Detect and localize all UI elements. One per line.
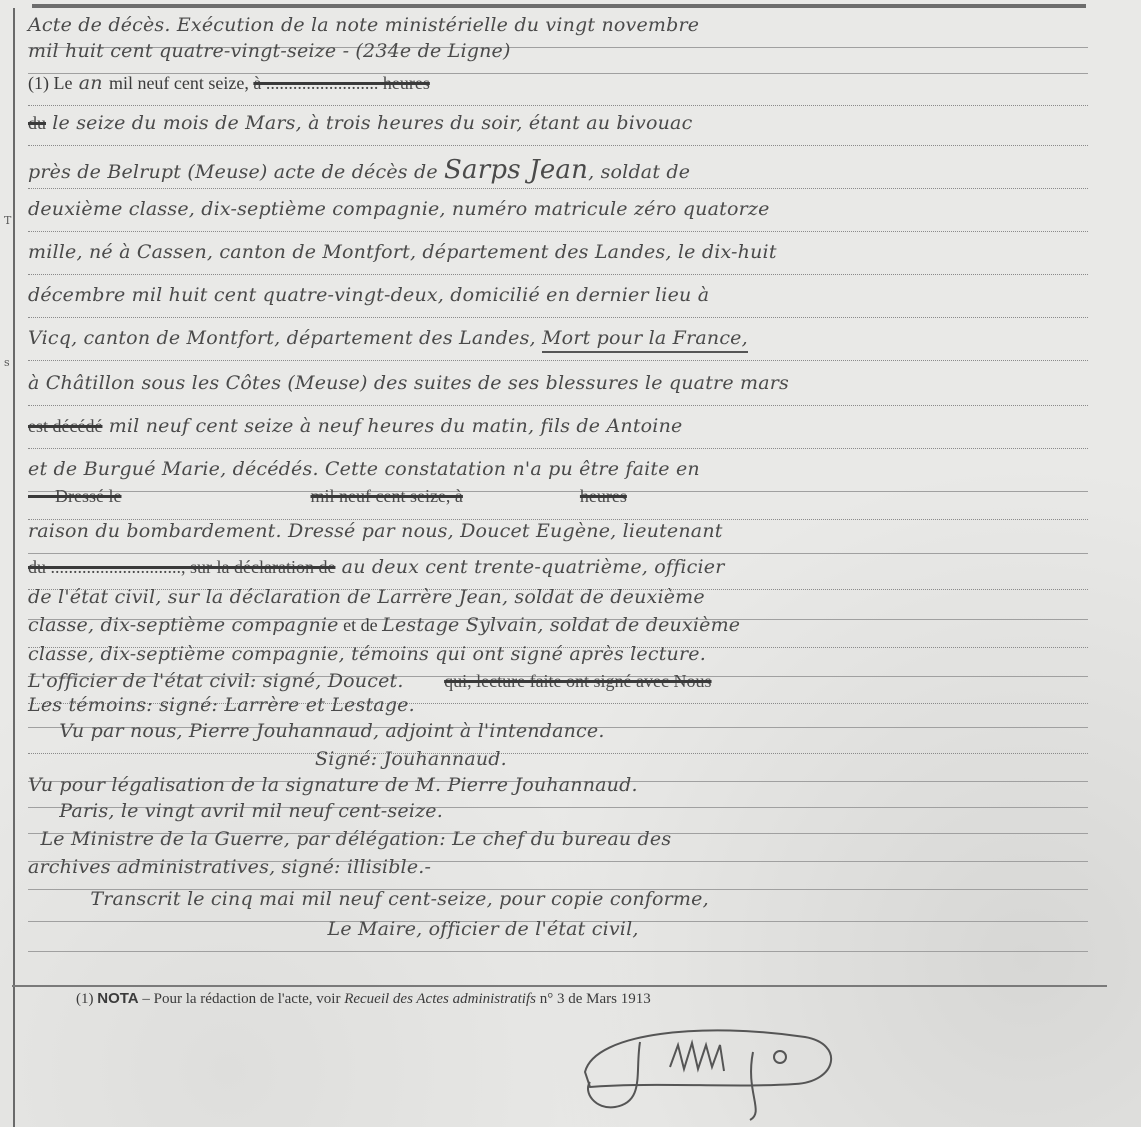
handwritten-text: mille, né à Cassen, canton de Montfort, … xyxy=(28,241,777,263)
printed-text: et de xyxy=(339,615,382,635)
struck-text: du ............................., sur la… xyxy=(28,557,335,577)
struck-text: à ......................... heures xyxy=(253,73,429,93)
handwritten-text: et de Burgué Marie, décédés. Cette const… xyxy=(28,458,700,480)
record-line: (1) Le an mil neuf cent seize, à .......… xyxy=(28,72,1088,106)
record-line: est décédé mil neuf cent seize à neuf he… xyxy=(28,415,1088,449)
handwritten-text: Acte de décès. Exécution de la note mini… xyxy=(28,14,699,36)
footnote-number: (1) xyxy=(76,991,94,1007)
record-line: deuxième classe, dix-septième compagnie,… xyxy=(28,198,1088,232)
footnote-reference: Recueil des Actes administratifs xyxy=(344,991,536,1007)
signature-icon xyxy=(575,1012,845,1122)
handwritten-text: deuxième classe, dix-septième compagnie,… xyxy=(28,198,770,220)
record-line: Vicq, canton de Montfort, département de… xyxy=(28,327,1088,361)
handwritten-text: Vicq, canton de Montfort, département de… xyxy=(28,327,542,349)
handwritten-text: Sarps Jean xyxy=(444,155,588,185)
handwritten-text: Paris, le vingt avril mil neuf cent-seiz… xyxy=(28,800,443,822)
printed-text: mil neuf cent seize, xyxy=(109,73,253,93)
record-line: mil huit cent quatre-vingt-seize - (234e… xyxy=(28,40,1088,74)
handwritten-text: décembre mil huit cent quatre-vingt-deux… xyxy=(28,284,709,306)
civil-record-page: T s Acte de décès. Exécution de la note … xyxy=(0,0,1141,1127)
record-line: à Châtillon sous les Côtes (Meuse) des s… xyxy=(28,372,1088,406)
footnote-text: – Pour la rédaction de l'acte, voir xyxy=(139,991,345,1007)
handwritten-text: mil huit cent quatre-vingt-seize - (234e… xyxy=(28,40,511,62)
margin-mark: s xyxy=(4,356,10,369)
handwritten-text: de l'état civil, sur la déclaration de L… xyxy=(28,586,705,608)
struck-text: du xyxy=(28,113,46,133)
printed-text xyxy=(404,671,445,691)
handwritten-text: an xyxy=(72,72,108,94)
handwritten-text: classe, dix-septième compagnie, témoins … xyxy=(28,643,706,665)
printed-text xyxy=(463,486,580,506)
struck-text: Dressé le xyxy=(28,486,121,506)
handwritten-text: Transcrit le cinq mai mil neuf cent-seiz… xyxy=(28,888,709,910)
printed-text: (1) Le xyxy=(28,73,72,93)
handwritten-text: Le Ministre de la Guerre, par délégation… xyxy=(28,828,671,850)
footnote: (1) NOTA – Pour la rédaction de l'acte, … xyxy=(76,990,651,1008)
handwritten-text: Le Maire, officier de l'état civil, xyxy=(28,918,639,940)
handwritten-text: Mort pour la France, xyxy=(542,327,748,353)
struck-text: est décédé xyxy=(28,416,102,436)
top-rule xyxy=(32,4,1086,8)
handwritten-text: le seize du mois de Mars, à trois heures… xyxy=(46,112,692,134)
record-line: décembre mil huit cent quatre-vingt-deux… xyxy=(28,284,1088,318)
record-line: archives administratives, signé: illisib… xyxy=(28,856,1088,890)
handwritten-text: , soldat de xyxy=(588,161,690,183)
record-line: raison du bombardement. Dressé par nous,… xyxy=(28,520,1088,554)
bottom-rule xyxy=(12,985,1107,987)
handwritten-text: Signé: Jouhannaud. xyxy=(28,748,507,770)
handwritten-text: archives administratives, signé: illisib… xyxy=(28,856,431,878)
record-line: du le seize du mois de Mars, à trois heu… xyxy=(28,112,1088,146)
record-line: Dressé le mil neuf cent seize, à heures xyxy=(28,486,1088,520)
handwritten-text: au deux cent trente-quatrième, officier xyxy=(335,556,724,578)
handwritten-text: Vu pour légalisation de la signature de … xyxy=(28,774,638,796)
record-line: Le Maire, officier de l'état civil, xyxy=(28,918,1088,952)
footnote-tail: n° 3 de Mars 1913 xyxy=(536,991,651,1007)
record-line: du ............................., sur la… xyxy=(28,556,1088,590)
handwritten-text: mil neuf cent seize à neuf heures du mat… xyxy=(102,415,682,437)
handwritten-text: Lestage Sylvain, soldat de deuxième xyxy=(382,614,740,636)
handwritten-text: à Châtillon sous les Côtes (Meuse) des s… xyxy=(28,372,789,394)
handwritten-text: Les témoins: signé: Larrère et Lestage. xyxy=(28,694,415,716)
handwritten-text: L'officier de l'état civil: signé, Douce… xyxy=(28,670,404,692)
struck-text: heures xyxy=(580,486,627,506)
printed-text xyxy=(121,486,310,506)
struck-text: mil neuf cent seize, à xyxy=(310,486,462,506)
record-line: près de Belrupt (Meuse) acte de décès de… xyxy=(28,155,1088,189)
handwritten-text: Vu par nous, Pierre Jouhannaud, adjoint … xyxy=(28,720,605,742)
margin-mark: T xyxy=(4,214,11,227)
handwritten-text: classe, dix-septième compagnie xyxy=(28,614,339,636)
handwritten-text: près de Belrupt (Meuse) acte de décès de xyxy=(28,161,444,183)
record-line: Transcrit le cinq mai mil neuf cent-seiz… xyxy=(28,888,1088,922)
record-line: mille, né à Cassen, canton de Montfort, … xyxy=(28,241,1088,275)
handwritten-text: raison du bombardement. Dressé par nous,… xyxy=(28,520,723,542)
footnote-label: NOTA xyxy=(97,990,138,1007)
struck-text: qui, lecture faite ont signé avec Nous xyxy=(444,671,711,691)
margin-rule xyxy=(13,8,15,1127)
